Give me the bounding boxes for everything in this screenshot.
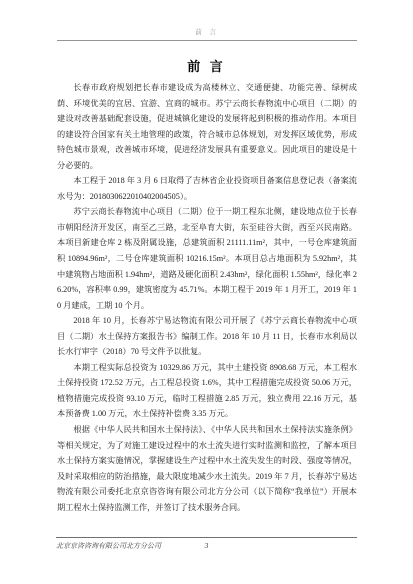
page-title: 前 言	[0, 56, 413, 75]
body-paragraph: 本工程于 2018 年 3 月 6 日取得了吉林省企业投资项目备案信息登记表（备…	[57, 173, 357, 204]
header-title: 前 言	[57, 27, 357, 36]
body-paragraph: 长春市政府规划把长春市建设成为高楼林立、交通便捷、功能完善、绿树成荫、环境优美的…	[57, 80, 357, 173]
page-header: 前 言	[57, 0, 357, 41]
document-body: 长春市政府规划把长春市建设成为高楼林立、交通便捷、功能完善、绿树成荫、环境优美的…	[57, 80, 357, 515]
document-page: 前 言 前 言 长春市政府规划把长春市建设成为高楼林立、交通便捷、功能完善、绿树…	[0, 0, 413, 584]
footer-page-number: 3	[56, 541, 357, 550]
body-paragraph: 根据《中华人民共和国水土保持法》、《中华人民共和国水土保持法实施条例》等相关规定…	[57, 422, 357, 515]
body-paragraph: 苏宁云商长春物流中心项目（二期）位于一期工程东北侧，建设地点位于长春市朝阳经济开…	[57, 204, 357, 313]
body-paragraph: 本期工程实际总投资为 10329.86 万元，其中土建投资 8908.68 万元…	[57, 360, 357, 422]
page-footer: 北京京咨咨询有限公司北方分公司 3	[56, 537, 357, 558]
body-paragraph: 2018 年 10 月，长春苏宁易达物流有限公司开展了《苏宁云商长春物流中心项目…	[57, 313, 357, 360]
